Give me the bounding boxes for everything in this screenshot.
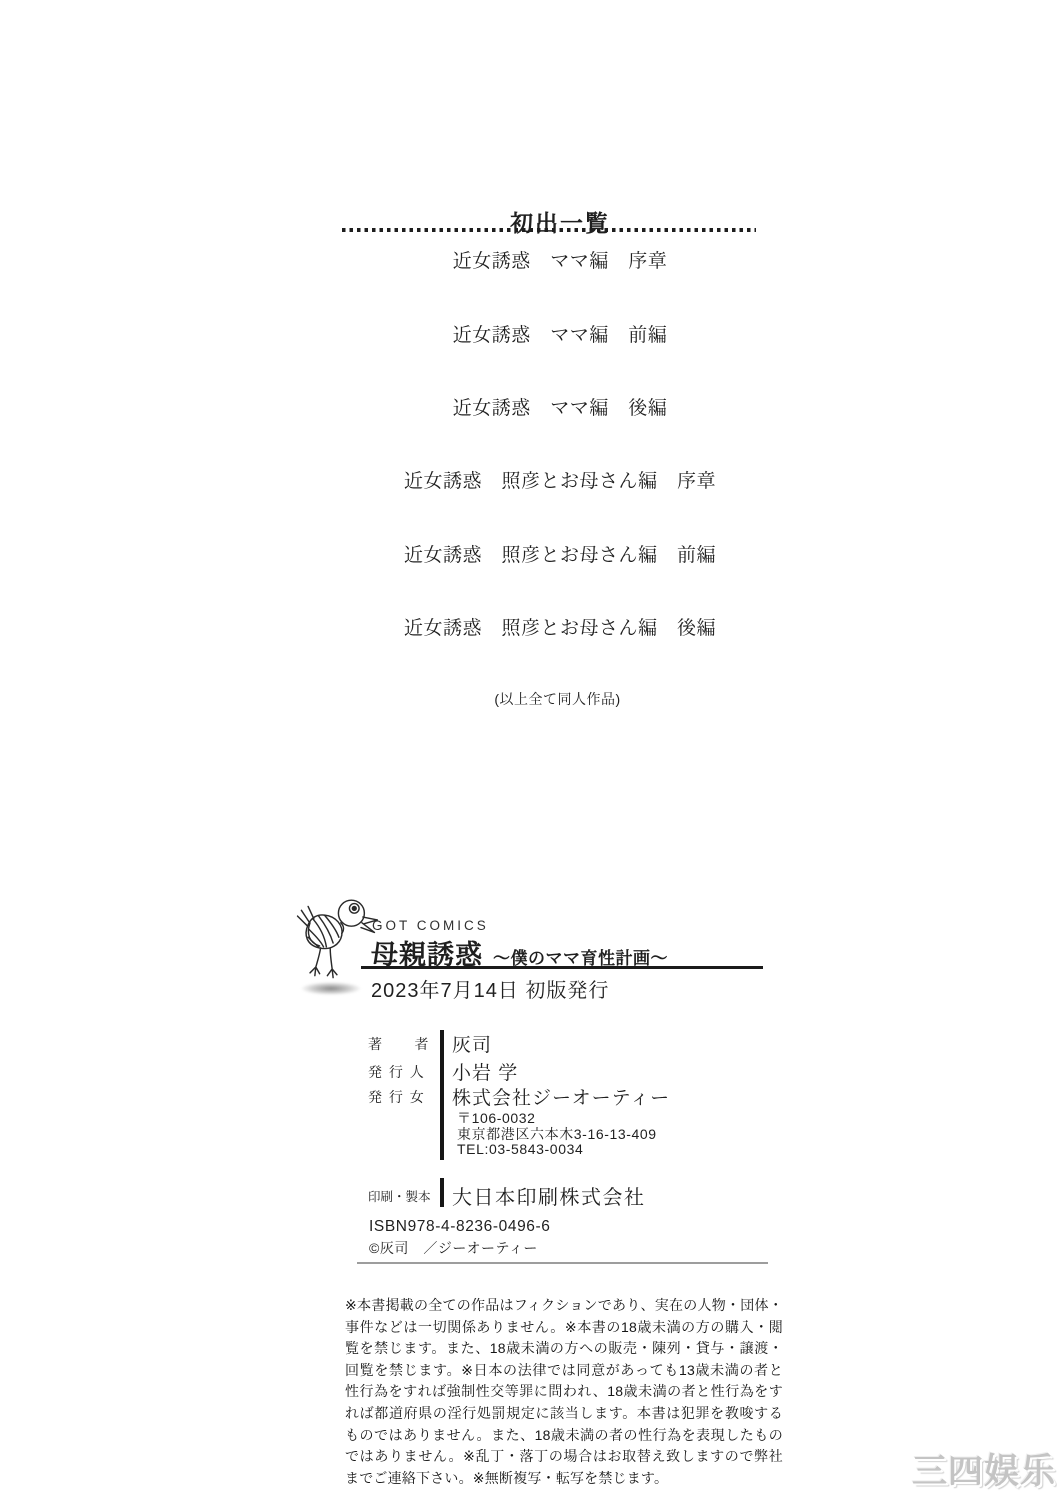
list-item: 近女誘惑 ママ編 前編 xyxy=(300,320,820,347)
section-hairline xyxy=(357,1262,768,1264)
legal-disclaimer: ※本書掲載の全ての作品はフィクションであり、実在の人物・団体・事件などは一切関係… xyxy=(345,1295,783,1489)
list-item: 近女誘惑 照彦とお母さん編 序章 xyxy=(300,466,820,493)
edition-date: 2023年7月14日 初版発行 xyxy=(371,974,609,1003)
credit-label: 発 行 人 xyxy=(368,1062,452,1082)
credit-value: 灰司 xyxy=(452,1030,492,1057)
list-item: 近女誘惑 ママ編 後編 xyxy=(300,393,820,420)
publisher-address: 〒106-0032東京都港区六本木3-16-13-409TEL:03-5843-… xyxy=(457,1111,657,1158)
copyright: ©灰司 ／ジーオーティー xyxy=(369,1238,538,1258)
list-item: 近女誘惑 照彦とお母さん編 後編 xyxy=(300,613,820,640)
page-title: 初出一覧 xyxy=(300,205,820,238)
credit-row-publisher-person: 発 行 人 小岩 学 xyxy=(368,1058,518,1085)
street-address: 東京都港区六本木3-16-13-409 xyxy=(457,1127,657,1143)
imprint-label: GOT COMICS xyxy=(372,918,489,933)
list-item: 近女誘惑 照彦とお母さん編 前編 xyxy=(300,540,820,567)
credit-row-publisher-company: 発 行 女 株式会社ジーオーティー xyxy=(368,1083,670,1110)
listing-note: (以上全て同人作品) xyxy=(300,689,815,709)
logo-shadow xyxy=(301,982,361,995)
credit-value: 株式会社ジーオーティー xyxy=(452,1083,670,1110)
postal-code: 〒106-0032 xyxy=(457,1111,657,1127)
isbn: ISBN978-4-8236-0496-6 xyxy=(369,1218,551,1236)
phone-number: TEL:03-5843-0034 xyxy=(457,1142,657,1158)
list-item: 近女誘惑 ママ編 序章 xyxy=(300,246,820,273)
credit-label: 印刷・製本 xyxy=(368,1187,452,1205)
credit-value: 大日本印刷株式会社 xyxy=(452,1181,646,1210)
credit-label: 著 者 xyxy=(368,1034,452,1054)
credit-row-author: 著 者 灰司 xyxy=(368,1030,492,1057)
title-rule xyxy=(361,966,763,969)
credit-row-printer: 印刷・製本 大日本印刷株式会社 xyxy=(368,1181,646,1210)
colophon-page: 初出一覧 近女誘惑 ママ編 序章 近女誘惑 ママ編 前編 近女誘惑 ママ編 後編… xyxy=(0,0,1057,1500)
watermark: 三四娱乐 xyxy=(912,1444,1056,1494)
credit-value: 小岩 学 xyxy=(452,1058,518,1085)
credit-label: 発 行 女 xyxy=(368,1087,452,1107)
dotted-divider xyxy=(342,228,756,232)
